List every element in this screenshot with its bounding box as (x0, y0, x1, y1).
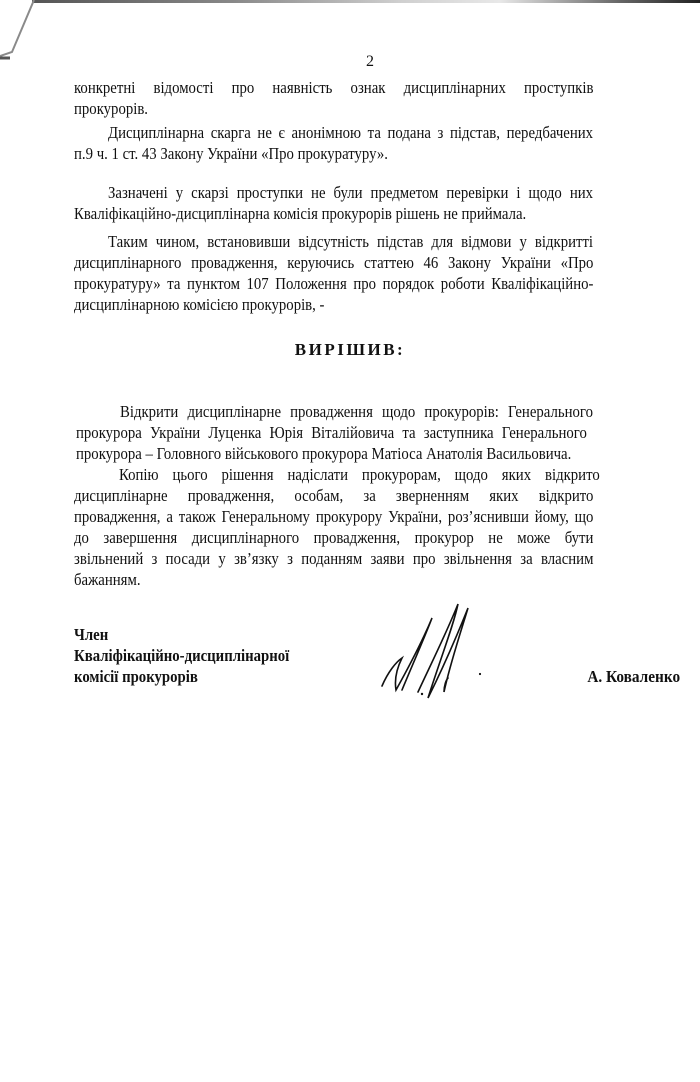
paragraph-text-line: дисциплінарного провадження, керуючись с… (74, 252, 593, 273)
paragraph-text-line: п.9 ч. 1 ст. 43 Закону України «Про прок… (74, 143, 593, 164)
decision-text-line: дисциплінарне провадження, особам, за зв… (74, 485, 593, 506)
signer-title-line: Кваліфікаційно-дисциплінарної (74, 645, 593, 666)
decision-text-line: Відкрити дисциплінарне провадження щодо … (120, 401, 593, 422)
page-number: 2 (366, 52, 374, 72)
signer-name: А. Коваленко (587, 666, 680, 687)
handwritten-signature-icon (374, 594, 484, 709)
paragraph-text-line: прокуратуру» та пунктом 107 Положення пр… (74, 273, 593, 294)
folded-corner-icon (0, 0, 40, 64)
paragraph-text-line: Зазначені у скарзі проступки не були пре… (108, 182, 593, 203)
signer-title-line: Член (74, 624, 593, 645)
decision-text-line: провадження, а також Генеральному прокур… (74, 506, 593, 527)
decision-text-line: Копію цього рішення надіслати прокурорам… (119, 464, 600, 485)
decision-text-line: бажанням. (74, 569, 593, 590)
paragraph-text-line: Таким чином, встановивши відсутність під… (108, 231, 593, 252)
paragraph-text-line: прокурорів. (74, 98, 593, 119)
decision-text-line: звільнений з посади у зв’язку з поданням… (74, 548, 593, 569)
scan-edge-artifact (32, 0, 700, 3)
paragraph-text-line: конкретні відомості про наявність ознак … (74, 77, 593, 98)
decision-text-line: до завершення дисциплінарного провадженн… (74, 527, 593, 548)
decision-heading: ВИРІШИВ: (0, 340, 700, 360)
decision-text-line: прокурора України Луценка Юрія Віталійов… (76, 422, 587, 443)
paragraph-text-line: Дисциплінарна скарга не є анонімною та п… (108, 122, 593, 143)
decision-text-line: прокурора – Головного військового прокур… (76, 443, 595, 464)
signer-title-line: комісії прокурорів (74, 666, 593, 687)
document-page: 2 конкретні відомості про наявність озна… (0, 0, 700, 1082)
paragraph-text-line: дисциплінарною комісією прокурорів, - (74, 294, 593, 315)
paragraph-text-line: Кваліфікаційно-дисциплінарна комісія про… (74, 203, 593, 224)
